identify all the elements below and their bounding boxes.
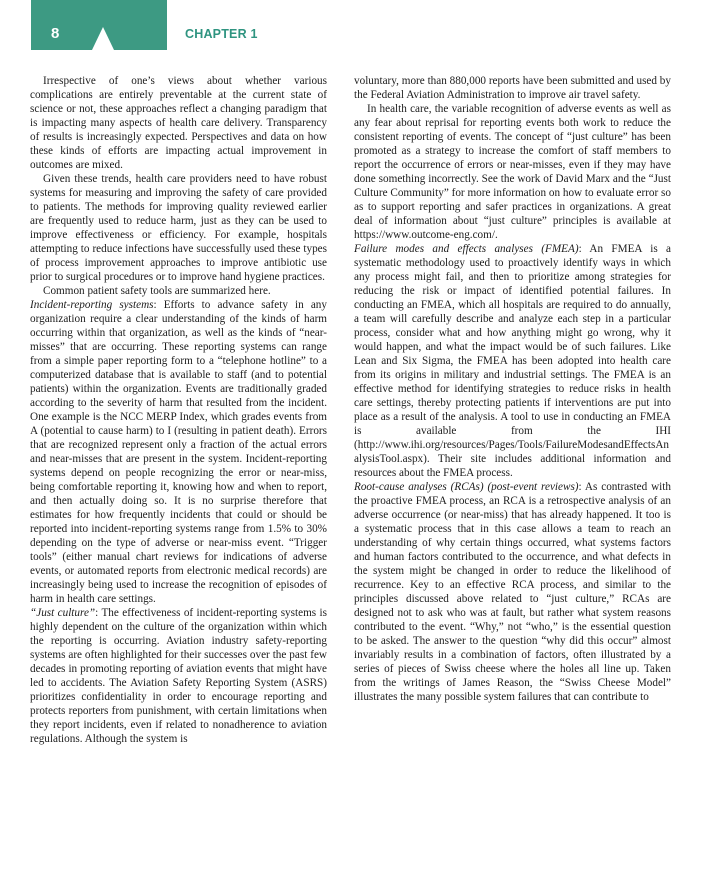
paragraph-common-tools: Common patient safety tools are summariz… [30,284,327,298]
paragraph-text: : As contrasted with the proactive FMEA … [354,481,671,703]
tool-term-rca: Root-cause analyses (RCAs) (post-event r… [354,481,579,493]
paragraph-irrespective: Irrespective of one’s views about whethe… [30,74,327,172]
tool-term-just-culture: “Just culture” [30,607,95,619]
book-page: 8 CHAPTER 1 Irrespective of one’s views … [0,0,708,876]
tool-paragraph-rca: Root-cause analyses (RCAs) (post-event r… [354,480,671,704]
two-column-text-block: Irrespective of one’s views about whethe… [30,74,678,746]
paragraph-voluntary-continuation: voluntary, more than 880,000 reports hav… [354,74,671,102]
tool-paragraph-just-culture: “Just culture”: The effectiveness of inc… [30,606,327,746]
paragraph-text: : The effectiveness of incident-reportin… [30,607,327,745]
page-number-tab: 8 [31,0,167,50]
tool-paragraph-fmea: Failure modes and effects analyses (FMEA… [354,242,671,480]
tool-term-fmea: Failure modes and effects analyses (FMEA… [354,243,579,255]
tool-paragraph-incident-reporting: Incident-reporting systems: Efforts to a… [30,298,327,606]
notch-triangle-icon [92,27,114,50]
text-column-right: voluntary, more than 880,000 reports hav… [354,74,671,746]
paragraph-text: : An FMEA is a systematic methodology us… [354,243,671,479]
paragraph-in-health-care: In health care, the variable recognition… [354,102,671,242]
text-column-left: Irrespective of one’s views about whethe… [30,74,327,746]
chapter-heading: CHAPTER 1 [185,27,258,41]
paragraph-given-these-trends: Given these trends, health care provider… [30,172,327,284]
paragraph-text: : Efforts to advance safety in any organ… [30,299,327,605]
page-number: 8 [51,25,59,43]
tool-term-incident-reporting: Incident-reporting systems [30,299,154,311]
